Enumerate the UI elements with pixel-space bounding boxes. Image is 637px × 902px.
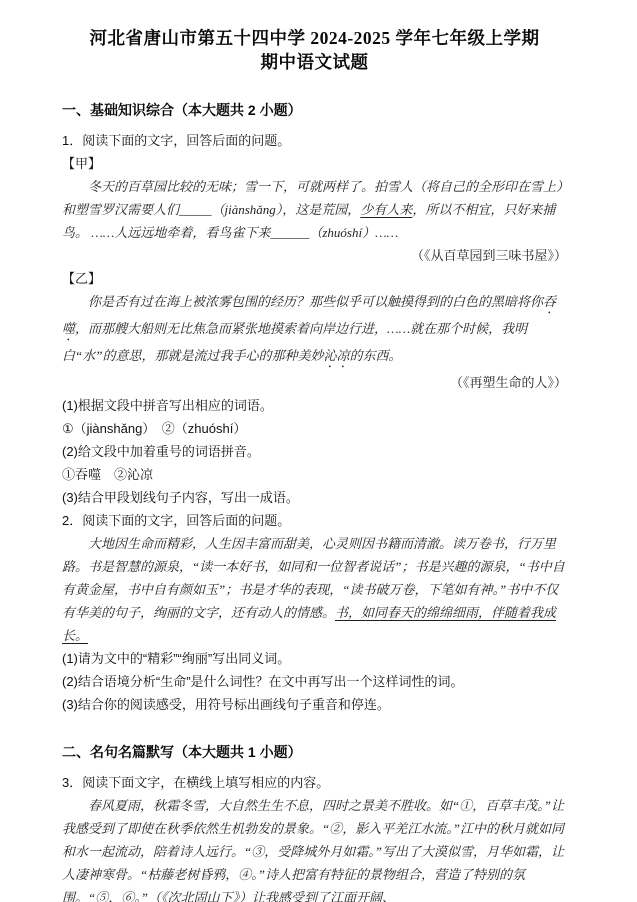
passage-yi-text: 的东西。 xyxy=(349,348,401,363)
fill-blank-jianshang: _____ xyxy=(179,202,212,217)
passage-yi-text: 你是否有过在海上被浓雾包围的经历？那些似乎可以触摸得到的白色的黑暗将你 xyxy=(88,294,543,309)
passage-yi-source: （《再塑生命的人》） xyxy=(62,371,567,394)
section-1-heading: 一、基础知识综合（本大题共 2 小题） xyxy=(62,101,567,119)
passage-jia-text: （jiànshǎng），这是荒园， xyxy=(212,202,361,217)
passage-yi: 你是否有过在海上被浓雾包围的经历？那些似乎可以触摸得到的白色的黑暗将你吞噬，而那… xyxy=(62,290,567,371)
passage-jia-text: （zhuóshí）…… xyxy=(309,225,398,240)
question-2-sub-3: (3)结合你的阅读感受，用符号标出画线句子重音和停连。 xyxy=(62,693,567,716)
question-2-sub-2: (2)结合语境分析“生命”是什么词性？在文中再写出一个这样词性的词。 xyxy=(62,670,567,693)
question-1-sub-3: (3)结合甲段划线句子内容，写出一成语。 xyxy=(62,486,567,509)
passage-jia: 冬天的百草园比较的无味；雪一下，可就两样了。拍雪人（将自己的全形印在雪上）和塑雪… xyxy=(62,175,567,244)
passage-question-3: 春风夏雨，秋霜冬雪，大自然生生不息，四时之景美不胜收。如“①，百草丰茂。”让我感… xyxy=(62,794,567,902)
exam-document-page: 河北省唐山市第五十四中学 2024-2025 学年七年级上学期 期中语文试题 一… xyxy=(0,0,637,902)
question-1-sub-1: (1)根据文段中拼音写出相应的词语。 xyxy=(62,394,567,417)
question-1-sub-1-items: ①（jiànshǎng） ②（zhuóshí） xyxy=(62,417,567,440)
fill-blank-zhuoshi: ______ xyxy=(270,225,309,240)
section-2-heading: 二、名句名篇默写（本大题共 1 小题） xyxy=(62,743,567,761)
question-1-sub-2: (2)给文段中加着重号的词语拼音。 xyxy=(62,440,567,463)
question-2-sub-1: (1)请为文中的“精彩”“绚丽”写出同义词。 xyxy=(62,647,567,670)
question-3-stem: 3．阅读下面文字，在横线上填写相应的内容。 xyxy=(62,771,567,794)
page-title-line2: 期中语文试题 xyxy=(261,52,369,72)
passage-yi-text: ，而那艘大船则无比焦急而紧张地摸索着向岸边行进，……就在那个时候，我明白“水”的… xyxy=(62,321,527,363)
page-title-line1: 河北省唐山市第五十四中学 2024-2025 学年七年级上学期 xyxy=(89,28,539,48)
page-title: 河北省唐山市第五十四中学 2024-2025 学年七年级上学期 期中语文试题 xyxy=(62,26,567,74)
passage-jia-source: （《从百草园到三味书屋》） xyxy=(62,244,567,267)
emphasized-word-qinliang: 沁凉 xyxy=(323,348,349,363)
question-1-sub-2-items: ①吞噬 ②沁凉 xyxy=(62,463,567,486)
passage-yi-label: 【乙】 xyxy=(62,267,567,290)
question-1-stem: 1．阅读下面的文字，回答后面的问题。 xyxy=(62,129,567,152)
underlined-phrase-shaoyourenlai: 少有人来 xyxy=(360,202,412,217)
passage-jia-label: 【甲】 xyxy=(62,152,567,175)
passage-question-2: 大地因生命而精彩，人生因丰富而甜美，心灵则因书籍而清澈。读万卷书，行万里路。书是… xyxy=(62,532,567,647)
question-2-stem: 2．阅读下面的文字，回答后面的问题。 xyxy=(62,509,567,532)
